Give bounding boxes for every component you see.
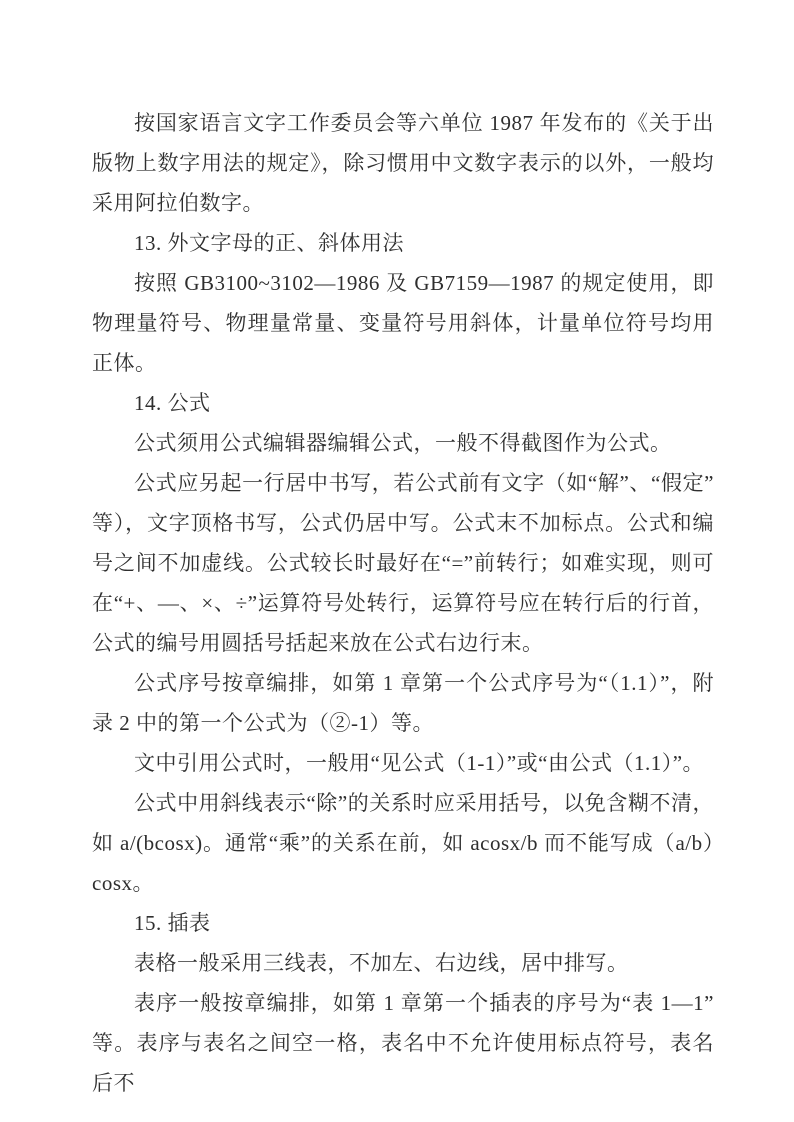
paragraph-formula-numbering: 公式序号按章编排，如第 1 章第一个公式序号为“（1.1）”，附录 2 中的第一…	[92, 663, 714, 743]
paragraph-formula-layout: 公式应另起一行居中书写，若公式前有文字（如“解”、“假定”等），文字顶格书写，公…	[92, 463, 714, 663]
paragraph-table-numbering: 表序一般按章编排，如第 1 章第一个插表的序号为“表 1—1”等。表序与表名之间…	[92, 983, 714, 1103]
paragraph-formula-citation: 文中引用公式时，一般用“见公式（1-1）”或“由公式（1.1）”。	[92, 743, 714, 783]
section-heading-13: 13. 外文字母的正、斜体用法	[92, 223, 714, 263]
section-heading-14: 14. 公式	[92, 383, 714, 423]
section-heading-15: 15. 插表	[92, 903, 714, 943]
paragraph-foreign-letters: 按照 GB3100~3102—1986 及 GB7159—1987 的规定使用，…	[92, 263, 714, 383]
paragraph-number-usage: 按国家语言文字工作委员会等六单位 1987 年发布的《关于出版物上数字用法的规定…	[92, 103, 714, 223]
paragraph-table-style: 表格一般采用三线表，不加左、右边线，居中排写。	[92, 943, 714, 983]
document-page: 按国家语言文字工作委员会等六单位 1987 年发布的《关于出版物上数字用法的规定…	[0, 0, 794, 1122]
paragraph-formula-slash: 公式中用斜线表示“除”的关系时应采用括号，以免含糊不清，如 a/(bcosx)。…	[92, 783, 714, 903]
paragraph-formula-editor: 公式须用公式编辑器编辑公式，一般不得截图作为公式。	[92, 423, 714, 463]
